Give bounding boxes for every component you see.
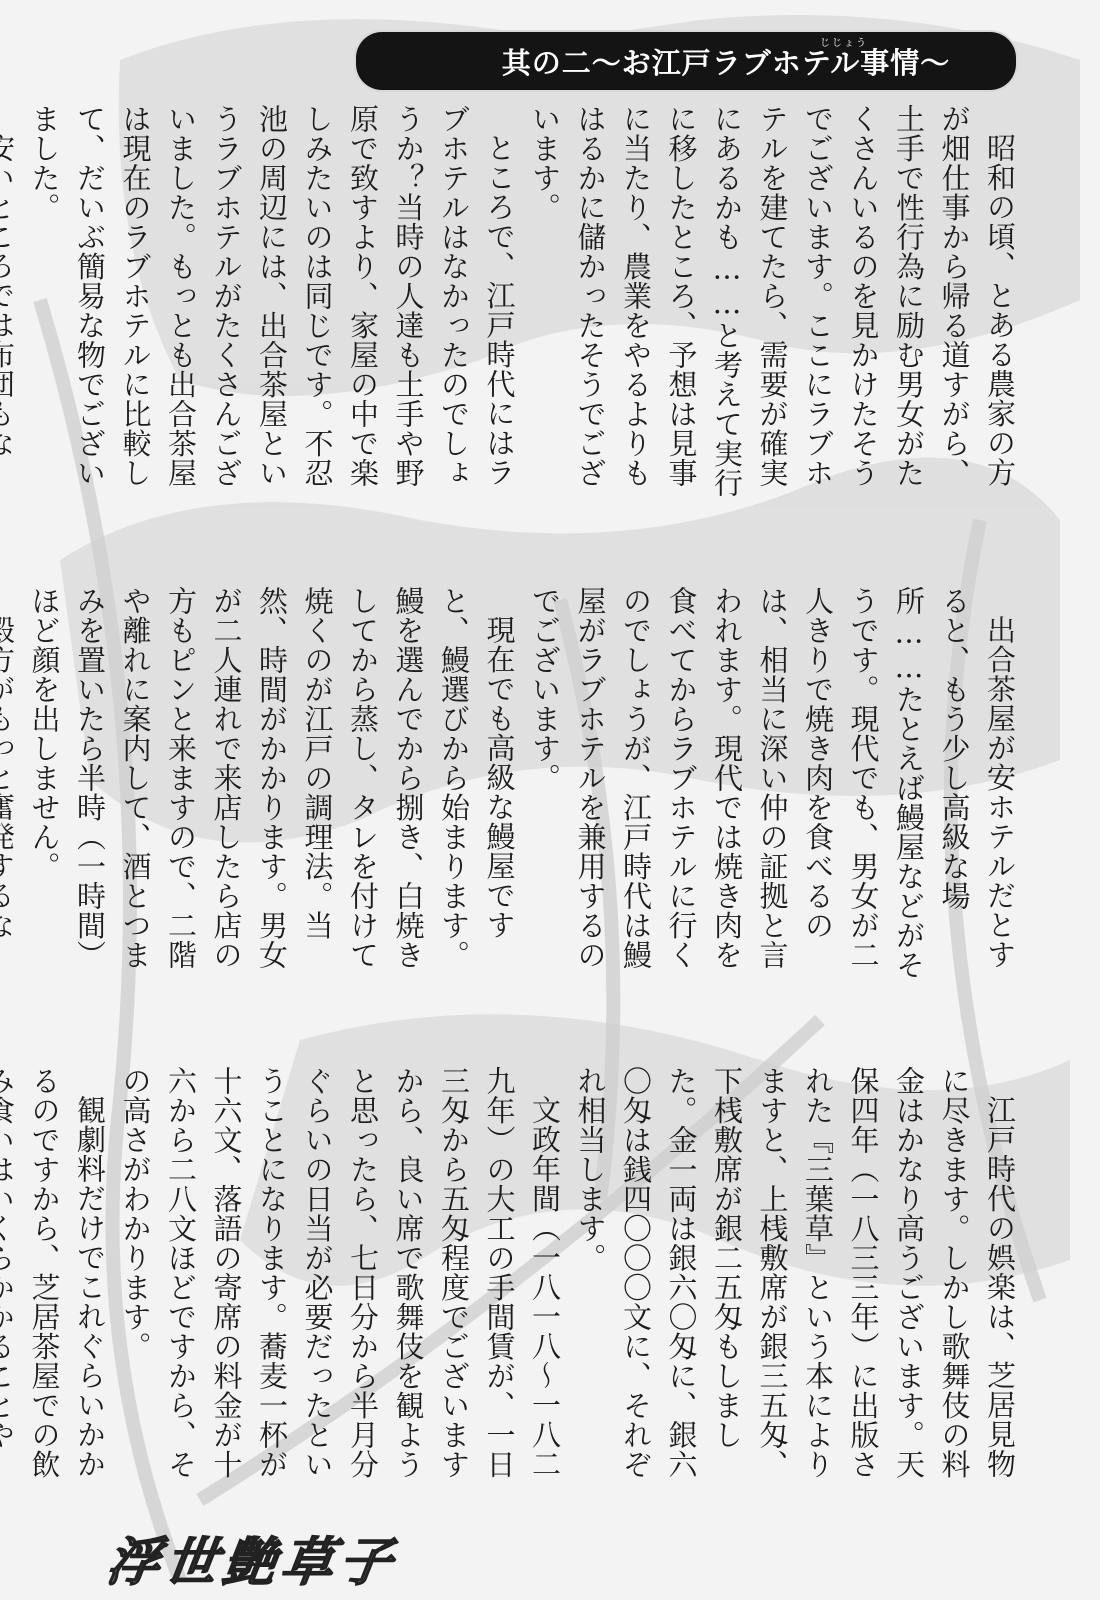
- text-block-bottom: 江戸時代の娯楽は、芝居見物に尽きます。しかし歌舞伎の料金はかなり高うございます。…: [102, 1066, 1022, 1496]
- paragraph: 安いところでは布団もなく、二畳か三畳敷きの部屋に箱枕とちり紙が置いてあるだけ。当…: [0, 104, 21, 504]
- paragraph: 現在でも高級な鰻屋ですと、鰻選びから始まります。鰻を選んでから捌き、白焼きしてか…: [21, 586, 522, 986]
- paragraph: 文政年間（一八一八〜一八二九年）の大工の手間賃が、一日三匁から五匁程度でございま…: [112, 1066, 567, 1496]
- paragraph: 昭和の頃、とある農家の方が畑仕事から帰る道すがら、土手で性行為に励む男女がたくさ…: [522, 104, 1023, 504]
- paragraph: ところで、江戸時代にはラブホテルはなかったのでしょうか？当時の人達も土手や野原で…: [21, 104, 522, 504]
- text-block-middle: 出合茶屋が安ホテルだとすると、もう少し高級な場所……たとえば鰻屋などがそうです。…: [102, 586, 1022, 986]
- section-title: 其の二〜お江戸ラブホテル事情〜: [502, 41, 951, 82]
- series-logo: 浮世艶草子: [103, 1520, 404, 1595]
- paragraph: 出合茶屋が安ホテルだとすると、もう少し高級な場所……たとえば鰻屋などがそうです。…: [522, 586, 1023, 986]
- section-title-banner: 其の二〜お江戸ラブホテル事情〜: [356, 32, 1016, 90]
- title-furigana: じじょう: [820, 34, 868, 49]
- paragraph: 観劇料だけでこれぐらいかかるのですから、芝居茶屋での飲み食いはいくらかかることや…: [0, 1066, 112, 1496]
- paragraph: 殿方がもっと奮発するなら、芝居茶屋を使います。これは芝居小屋に隣接した食事処のこ…: [0, 586, 21, 986]
- paragraph: 江戸時代の娯楽は、芝居見物に尽きます。しかし歌舞伎の料金はかなり高うございます。…: [567, 1066, 1022, 1496]
- text-block-top: 昭和の頃、とある農家の方が畑仕事から帰る道すがら、土手で性行為に励む男女がたくさ…: [102, 104, 1022, 504]
